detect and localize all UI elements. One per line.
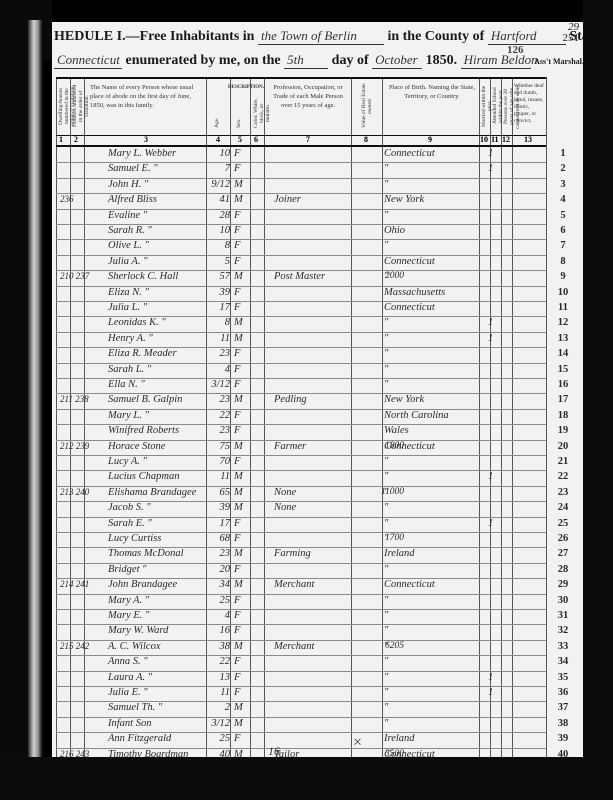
birthplace: " <box>384 348 478 359</box>
sex: F <box>234 425 250 436</box>
page-number-printed: 126 <box>507 44 524 56</box>
town-field: the Town of Berlin <box>258 28 384 45</box>
dwelling-number: 213 240 <box>60 487 104 497</box>
county-field: Hartford <box>488 28 566 45</box>
sex: M <box>234 179 250 190</box>
sex: M <box>234 641 250 652</box>
dwelling-number: 214 241 <box>60 579 104 589</box>
age: 11 <box>208 471 230 482</box>
occupation: Farmer <box>274 441 370 452</box>
sex: F <box>234 210 250 221</box>
age: 5 <box>208 256 230 267</box>
line-number: 17 <box>552 394 574 405</box>
birthplace: " <box>384 210 478 221</box>
sex: F <box>234 733 250 744</box>
occupation: Merchant <box>274 579 370 590</box>
occupation: None <box>274 502 370 513</box>
sex: M <box>234 502 250 513</box>
sex: M <box>234 548 250 559</box>
sex: F <box>234 610 250 621</box>
table-row: 213 240Elishama Brandagee65MNone11000"23 <box>56 486 546 502</box>
table-row: 210 237Sherlock C. Hall57MPost Master200… <box>56 270 546 286</box>
birthplace: " <box>384 240 478 251</box>
col-number: 1 <box>59 135 63 144</box>
film-edge-right <box>583 0 613 800</box>
col-number: 9 <box>428 135 432 144</box>
line-number: 26 <box>552 533 574 544</box>
line-number: 19 <box>552 425 574 436</box>
line-number: 24 <box>552 502 574 513</box>
occupation: Joiner <box>274 194 370 205</box>
line-number: 8 <box>552 256 574 267</box>
table-row: Mary A. "25F"30 <box>56 594 546 610</box>
col1-header: Dwelling-houses numbered in the order of… <box>58 83 68 129</box>
census-page: HEDULE I.—Free Inhabitants in the Town o… <box>52 22 583 757</box>
sex: F <box>234 656 250 667</box>
line-number: 6 <box>552 225 574 236</box>
birthplace: Connecticut <box>384 302 478 313</box>
line-number: 7 <box>552 240 574 251</box>
col-number: 12 <box>502 135 510 144</box>
birthplace: Ireland <box>384 733 478 744</box>
age: 22 <box>208 656 230 667</box>
line-number: 10 <box>552 287 574 298</box>
day-field: 5th <box>284 52 328 69</box>
table-row: Anna S. "22F"34 <box>56 655 546 671</box>
sex: F <box>234 564 250 575</box>
table-row: Laura A. "13F"135 <box>56 671 546 687</box>
birthplace: " <box>384 364 478 375</box>
birthplace: " <box>384 718 478 729</box>
age: 8 <box>208 317 230 328</box>
table-row: Lucy Curtiss68F1700"26 <box>56 532 546 548</box>
table-row: Mary W. Ward16F"32 <box>56 624 546 640</box>
col13-header: Whether deaf and dumb, blind, insane, id… <box>514 83 546 125</box>
col3-header: The Name of every Person whose usual pla… <box>90 83 202 110</box>
col-number: 8 <box>364 135 368 144</box>
sex: F <box>234 256 250 267</box>
school-mark: 1 <box>488 687 498 698</box>
birthplace: " <box>384 379 478 390</box>
age: 11 <box>208 333 230 344</box>
table-row: Eliza R. Meader23F"14 <box>56 347 546 363</box>
line-number: 39 <box>552 733 574 744</box>
table-row: Olive L. "8F"7 <box>56 239 546 255</box>
age: 70 <box>208 456 230 467</box>
col-number: 13 <box>524 135 532 144</box>
age: 23 <box>208 425 230 436</box>
column-headers: Dwelling-houses numbered in the order of… <box>56 77 546 136</box>
sex: F <box>234 518 250 529</box>
school-mark: 1 <box>488 471 498 482</box>
birthplace: Connecticut <box>384 148 478 159</box>
age: 23 <box>208 548 230 559</box>
table-row: 215 242A. C. Wilcox38MMerchant6205"33 <box>56 640 546 656</box>
line-number: 14 <box>552 348 574 359</box>
age: 7 <box>208 163 230 174</box>
school-mark: 1 <box>488 163 498 174</box>
line-number: 35 <box>552 672 574 683</box>
table-row: Winifred Roberts23FWales19 <box>56 424 546 440</box>
sex: F <box>234 410 250 421</box>
film-edge-left <box>0 0 52 800</box>
state-field: Connecticut <box>54 52 122 69</box>
line-number: 33 <box>552 641 574 652</box>
occupation: None <box>274 487 370 498</box>
sex: F <box>234 148 250 159</box>
sex: F <box>234 348 250 359</box>
sex: M <box>234 471 250 482</box>
sex: F <box>234 302 250 313</box>
birthplace: " <box>384 610 478 621</box>
birthplace: New York <box>384 394 478 405</box>
age: 3/12 <box>208 379 230 390</box>
line-number: 20 <box>552 441 574 452</box>
sex: F <box>234 287 250 298</box>
check-mark: × <box>352 734 363 752</box>
age: 3/12 <box>208 718 230 729</box>
age: 10 <box>208 148 230 159</box>
col-number: 2 <box>74 135 78 144</box>
age: 17 <box>208 518 230 529</box>
sex: M <box>234 194 250 205</box>
table-row: Mary L. Webber10FConnecticut11 <box>56 147 546 163</box>
sex: F <box>234 225 250 236</box>
age: 25 <box>208 733 230 744</box>
line-number: 25 <box>552 518 574 529</box>
line-number: 18 <box>552 410 574 421</box>
sex: F <box>234 163 250 174</box>
line-number: 1 <box>552 148 574 159</box>
age: 65 <box>208 487 230 498</box>
age: 13 <box>208 672 230 683</box>
column-number-row: 1 2 3 4 5 6 7 8 9 10 11 12 13 <box>56 134 546 147</box>
birthplace: New York <box>384 194 478 205</box>
age: 75 <box>208 441 230 452</box>
line-number: 9 <box>552 271 574 282</box>
sex: F <box>234 379 250 390</box>
age: 11 <box>208 687 230 698</box>
birthplace: " <box>384 163 478 174</box>
col-number: 10 <box>480 135 488 144</box>
age: 10 <box>208 225 230 236</box>
day-of-label: day of <box>332 53 369 68</box>
age: 17 <box>208 302 230 313</box>
occupation: Farming <box>274 548 370 559</box>
birthplace: Connecticut <box>384 579 478 590</box>
age: 34 <box>208 579 230 590</box>
sex: F <box>234 687 250 698</box>
birthplace: " <box>384 518 478 529</box>
rule <box>546 77 547 767</box>
line-number: 30 <box>552 595 574 606</box>
sex: M <box>234 579 250 590</box>
school-mark: 1 <box>488 317 498 328</box>
birthplace: " <box>384 687 478 698</box>
line-number: 32 <box>552 625 574 636</box>
enumerated-label: enumerated by me, on the <box>126 53 281 68</box>
dwelling-number: 212 239 <box>60 441 104 451</box>
page-number: 29 251 <box>563 22 580 44</box>
dwelling-number: 211 238 <box>60 394 104 404</box>
age: 23 <box>208 394 230 405</box>
table-row: Julia A. "5FConnecticut8 <box>56 255 546 271</box>
birthplace: " <box>384 271 478 282</box>
age: 16 <box>208 625 230 636</box>
table-row: 214 241John Brandagee34MMerchantConnecti… <box>56 578 546 594</box>
line-number: 21 <box>552 456 574 467</box>
table-row: Julia L. "17FConnecticut11 <box>56 301 546 317</box>
sex: F <box>234 364 250 375</box>
birthplace: " <box>384 333 478 344</box>
line-number: 27 <box>552 548 574 559</box>
schedule-title: HEDULE I.—Free Inhabitants in <box>54 29 254 44</box>
line-number: 2 <box>552 163 574 174</box>
sex: M <box>234 441 250 452</box>
table-row: Bridget "20F"28 <box>56 563 546 579</box>
birthplace: " <box>384 471 478 482</box>
table-row: Julia E. "11F"136 <box>56 686 546 702</box>
age: 41 <box>208 194 230 205</box>
table-row: Samuel E. "7F"12 <box>56 162 546 178</box>
age: 25 <box>208 595 230 606</box>
line-number: 5 <box>552 210 574 221</box>
sex: M <box>234 394 250 405</box>
age: 38 <box>208 641 230 652</box>
line-number: 3 <box>552 179 574 190</box>
table-row: 236Alfred Bliss41MJoinerNew York4 <box>56 193 546 209</box>
sex: M <box>234 333 250 344</box>
age: 57 <box>208 271 230 282</box>
line-number: 4 <box>552 194 574 205</box>
sex: M <box>234 317 250 328</box>
line-number: 13 <box>552 333 574 344</box>
adjacent-page-edge <box>28 20 42 780</box>
age: 2 <box>208 702 230 713</box>
age: 4 <box>208 364 230 375</box>
col7-header: Profession, Occupation, or Trade of each… <box>268 83 348 110</box>
marshal-label: Ass't Marshal. <box>534 57 584 66</box>
table-row: Eliza N. "39FMassachusetts10 <box>56 286 546 302</box>
col5-header: Sex. <box>236 115 242 131</box>
table-row: Infant Son3/12M"38 <box>56 717 546 733</box>
sex: M <box>234 271 250 282</box>
occupation: Pedling <box>274 394 370 405</box>
col-number: 11 <box>491 135 499 144</box>
table-row: Ella N. "3/12F"16 <box>56 378 546 394</box>
description-header: DESCRIPTION. <box>216 83 276 92</box>
sex: M <box>234 718 250 729</box>
sex: M <box>234 702 250 713</box>
film-edge-bottom <box>0 757 613 800</box>
birthplace: " <box>384 564 478 575</box>
census-table: Dwelling-houses numbered in the order of… <box>56 77 546 737</box>
sex: F <box>234 672 250 683</box>
sex: F <box>234 456 250 467</box>
county-label: in the County of <box>387 29 484 44</box>
line-number: 23 <box>552 487 574 498</box>
birthplace: " <box>384 456 478 467</box>
sex: F <box>234 595 250 606</box>
dwelling-number: 236 <box>60 194 104 204</box>
sex: F <box>234 625 250 636</box>
birthplace: Connecticut <box>384 256 478 267</box>
header-line-2: Connecticut enumerated by me, on the 5th… <box>54 52 574 69</box>
table-row: Lucy A. "70F"21 <box>56 455 546 471</box>
table-row: Ann Fitzgerald25FIreland39 <box>56 732 546 748</box>
col4-header: Age. <box>214 115 220 131</box>
table-row: Thomas McDonal23MFarmingIreland27 <box>56 547 546 563</box>
age: 4 <box>208 610 230 621</box>
occupation: Merchant <box>274 641 370 652</box>
line-number: 22 <box>552 471 574 482</box>
col-number: 7 <box>306 135 310 144</box>
page-number-stamp: 251 <box>563 33 580 44</box>
table-row: Henry A. "11M"113 <box>56 332 546 348</box>
table-row: Mary L. "22FNorth Carolina18 <box>56 409 546 425</box>
birthplace: " <box>384 641 478 652</box>
table-row: Sarah E. "17F"125 <box>56 517 546 533</box>
age: 28 <box>208 210 230 221</box>
age: 68 <box>208 533 230 544</box>
table-row: Jacob S. "39MNone"24 <box>56 501 546 517</box>
table-row: Evaline "28F"5 <box>56 209 546 225</box>
birthplace: " <box>384 656 478 667</box>
line-number: 11 <box>552 302 574 313</box>
table-row: John H. "9/12M"3 <box>56 178 546 194</box>
school-mark: 1 <box>488 148 498 159</box>
table-row: 212 239Horace Stone75MFarmer1800Connecti… <box>56 440 546 456</box>
birthplace: " <box>384 502 478 513</box>
line-number: 15 <box>552 364 574 375</box>
birthplace: Ireland <box>384 548 478 559</box>
school-mark: 1 <box>488 333 498 344</box>
binding-shadow <box>44 60 52 760</box>
sex: F <box>234 240 250 251</box>
line-number: 31 <box>552 610 574 621</box>
table-row: 211 238Samuel B. Galpin23MPedlingNew Yor… <box>56 393 546 409</box>
birthplace: North Carolina <box>384 410 478 421</box>
school-mark: 1 <box>488 672 498 683</box>
birthplace: Connecticut <box>384 441 478 452</box>
line-number: 34 <box>552 656 574 667</box>
occupation: Post Master <box>274 271 370 282</box>
line-number: 16 <box>552 379 574 390</box>
line-number: 38 <box>552 718 574 729</box>
birthplace: " <box>384 672 478 683</box>
table-row: Lucius Chapman11M"122 <box>56 470 546 486</box>
age: 20 <box>208 564 230 575</box>
sex: F <box>234 533 250 544</box>
birthplace: " <box>384 533 478 544</box>
birthplace: " <box>384 179 478 190</box>
col-number: 6 <box>254 135 258 144</box>
birthplace: " <box>384 487 478 498</box>
birthplace: " <box>384 702 478 713</box>
birthplace: Wales <box>384 425 478 436</box>
birthplace: " <box>384 317 478 328</box>
table-row: Leonidas K. "8M"112 <box>56 316 546 332</box>
age: 8 <box>208 240 230 251</box>
line-number: 29 <box>552 579 574 590</box>
dwelling-number: 215 242 <box>60 641 104 651</box>
dwelling-number: 210 237 <box>60 271 104 281</box>
col-number: 5 <box>238 135 242 144</box>
year: 1850. <box>426 53 458 68</box>
age: 39 <box>208 287 230 298</box>
line-number: 28 <box>552 564 574 575</box>
month-field: October <box>372 52 422 69</box>
table-row: Samuel Th. "2M"37 <box>56 701 546 717</box>
col9-header: Place of Birth. Naming the State, Territ… <box>388 83 476 101</box>
birthplace: Ohio <box>384 225 478 236</box>
line-number: 37 <box>552 702 574 713</box>
line-number: 12 <box>552 317 574 328</box>
age: 22 <box>208 410 230 421</box>
col-number: 4 <box>216 135 220 144</box>
table-row: Mary E. "4F"31 <box>56 609 546 625</box>
col8-header: Value of Real Estate owned. <box>361 83 373 129</box>
birthplace: " <box>384 625 478 636</box>
table-row: Sarah L. "4F"15 <box>56 363 546 379</box>
age: 9/12 <box>208 179 230 190</box>
col2-header: Families numbered in the order of visita… <box>72 83 82 129</box>
header-line-1: HEDULE I.—Free Inhabitants in the Town o… <box>54 28 574 45</box>
col-number: 3 <box>144 135 148 144</box>
table-row: Sarah R. "10FOhio6 <box>56 224 546 240</box>
line-number: 36 <box>552 687 574 698</box>
age: 23 <box>208 348 230 359</box>
school-mark: 1 <box>488 518 498 529</box>
sex: M <box>234 487 250 498</box>
birthplace: " <box>384 595 478 606</box>
age: 39 <box>208 502 230 513</box>
birthplace: Massachusetts <box>384 287 478 298</box>
